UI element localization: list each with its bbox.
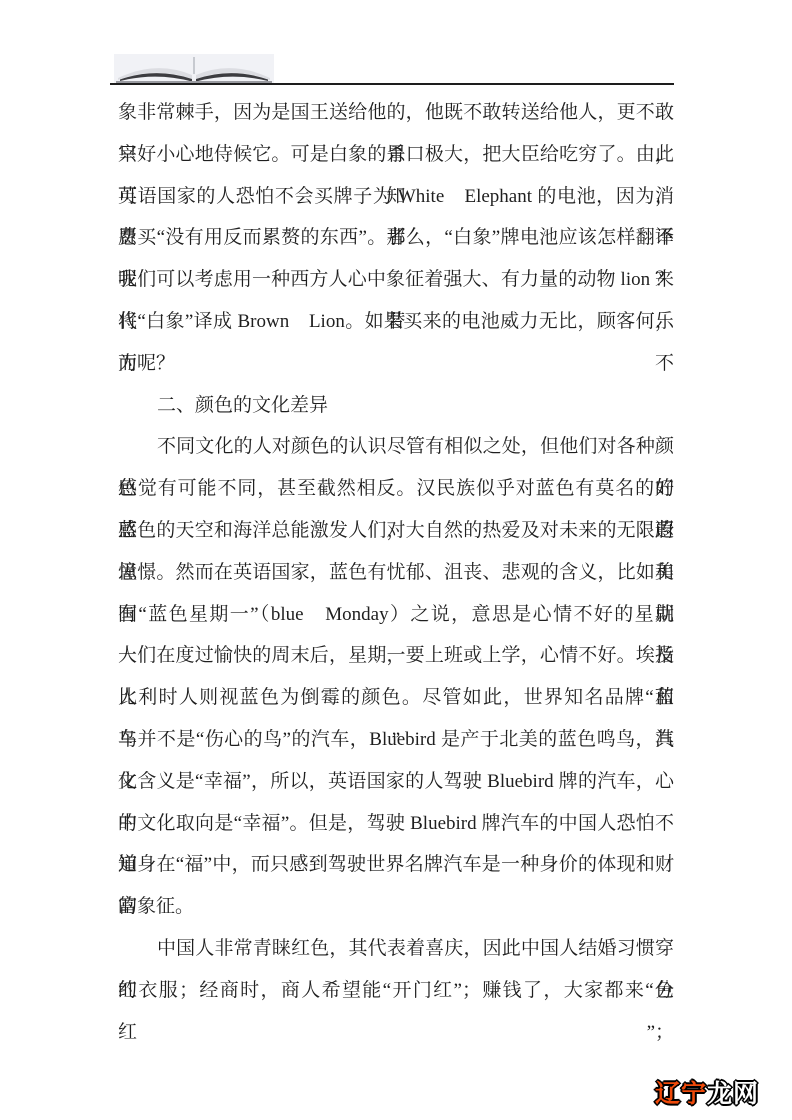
text-line: 愿买“没有用反而累赘的东西”。那么，“白象”牌电池应该怎样翻译呢？	[118, 217, 674, 259]
text-line: 感觉有可能不同，甚至截然相反。汉民族似乎对蓝色有莫名的好感，蔚	[118, 468, 674, 510]
document-lines: 象非常棘手，因为是国王送给他的，他既不敢转送给他人，更不敢宰杀，只好小心地侍候它…	[118, 92, 674, 1012]
text-line: 只好小心地侍候它。可是白象的胃口极大，把大臣给吃穷了。由此可知，	[118, 134, 674, 176]
text-line: 化含义是“幸福”，所以，英语国家的人驾驶 Bluebird 牌的汽车，心中	[118, 761, 674, 803]
text-line: 的文化取向是“幸福”。但是，驾驶 Bluebird 牌汽车的中国人恐怕不知	[118, 803, 674, 845]
text-line: 中国人非常青睐红色，其代表着喜庆，因此中国人结婚习惯穿红色	[118, 928, 674, 970]
text-line: 将“白象”译成 Brown Lion。如果买来的电池威力无比，顾客何乐而不	[118, 301, 674, 343]
open-book-icon	[114, 54, 274, 84]
watermark-part2: 龙网	[707, 1080, 759, 1108]
site-watermark: 辽宁龙网	[655, 1074, 759, 1110]
text-line: 二、颜色的文化差异	[118, 385, 674, 427]
watermark-part1: 辽宁	[655, 1080, 707, 1108]
document-page: 象非常棘手，因为是国王送给他的，他既不敢转送给他人，更不敢宰杀，只好小心地侍候它…	[0, 0, 792, 1120]
text-line: 车并不是“伤心的鸟”的汽车，Bluebird 是产于北美的蓝色鸣鸟，其文	[118, 719, 674, 761]
text-line: 英语国家的人恐怕不会买牌子为 White Elephant 的电池，因为消费者不	[118, 176, 674, 218]
text-line: 象非常棘手，因为是国王送给他的，他既不敢转送给他人，更不敢宰杀，	[118, 92, 674, 134]
page-header	[0, 0, 792, 90]
text-line: 的衣服；经商时，商人希望能“开门红”；赚钱了，大家都来“分红”；	[118, 970, 674, 1012]
text-line: 蓝色的天空和海洋总能激发人们对大自然的热爱及对未来的无限遐思和	[118, 510, 674, 552]
header-divider	[110, 83, 674, 85]
text-line: 道身在“福”中，而只感到驾驶世界名牌汽车是一种身价的体现和财富	[118, 844, 674, 886]
text-line: 比利时人则视蓝色为倒霉的颜色。尽管如此，世界知名品牌“蓝鸟”汽	[118, 677, 674, 719]
text-line: 不同文化的人对颜色的认识尽管有相似之处，但他们对各种颜色的	[118, 426, 674, 468]
text-line: 憧憬。然而在英语国家，蓝色有忧郁、沮丧、悲观的含义，比如美国就	[118, 552, 674, 594]
text-line: 有“蓝色星期一”（blue Monday）之说，意思是心情不好的星期一，指	[118, 594, 674, 636]
text-line: 的象征。	[118, 886, 674, 928]
text-line: 人们在度过愉快的周末后，星期一要上班或上学，心情不好。埃及人和	[118, 635, 674, 677]
text-line: 我们可以考虑用一种西方人心中象征着强大、有力量的动物 lion 来代替，	[118, 259, 674, 301]
